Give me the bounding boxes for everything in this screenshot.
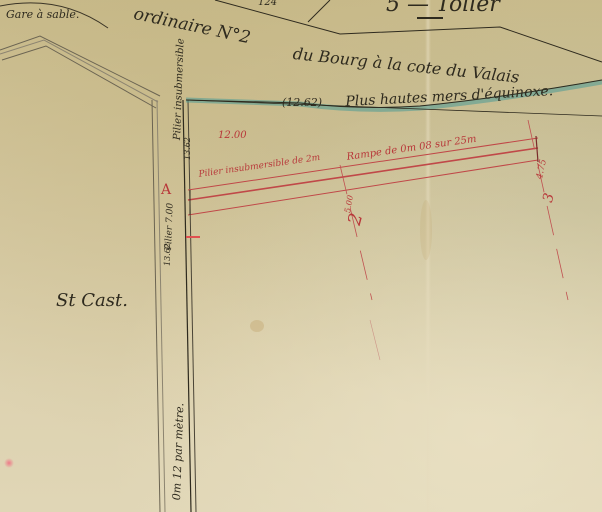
profile-line-3 bbox=[528, 120, 568, 300]
parcel-line bbox=[308, 0, 330, 22]
label-red-12: 12.00 bbox=[218, 130, 247, 141]
profile-line-2-faint bbox=[370, 320, 380, 360]
road-band-outer bbox=[0, 36, 160, 96]
label-vertical-level: 13.62 bbox=[163, 243, 172, 266]
vertical-band-left-inner bbox=[157, 100, 165, 512]
label-heading: 5 — Toller bbox=[386, 0, 500, 17]
label-point-a: A bbox=[161, 182, 171, 198]
label-town: St Cast. bbox=[56, 290, 128, 311]
label-parcel-number: 124 bbox=[258, 0, 277, 8]
profile-line-2 bbox=[340, 165, 372, 300]
label-sand-pit: Gare à sable. bbox=[6, 8, 79, 21]
map-sheet: Gare à sable. 124 5 — Toller ordinaire N… bbox=[0, 0, 602, 512]
road-band-mid bbox=[0, 40, 158, 102]
vertical-band-left-outer bbox=[152, 100, 160, 512]
label-vertical-pier-value: 13.62 bbox=[183, 137, 192, 160]
label-shoreline-level: (12.62) bbox=[282, 96, 322, 109]
